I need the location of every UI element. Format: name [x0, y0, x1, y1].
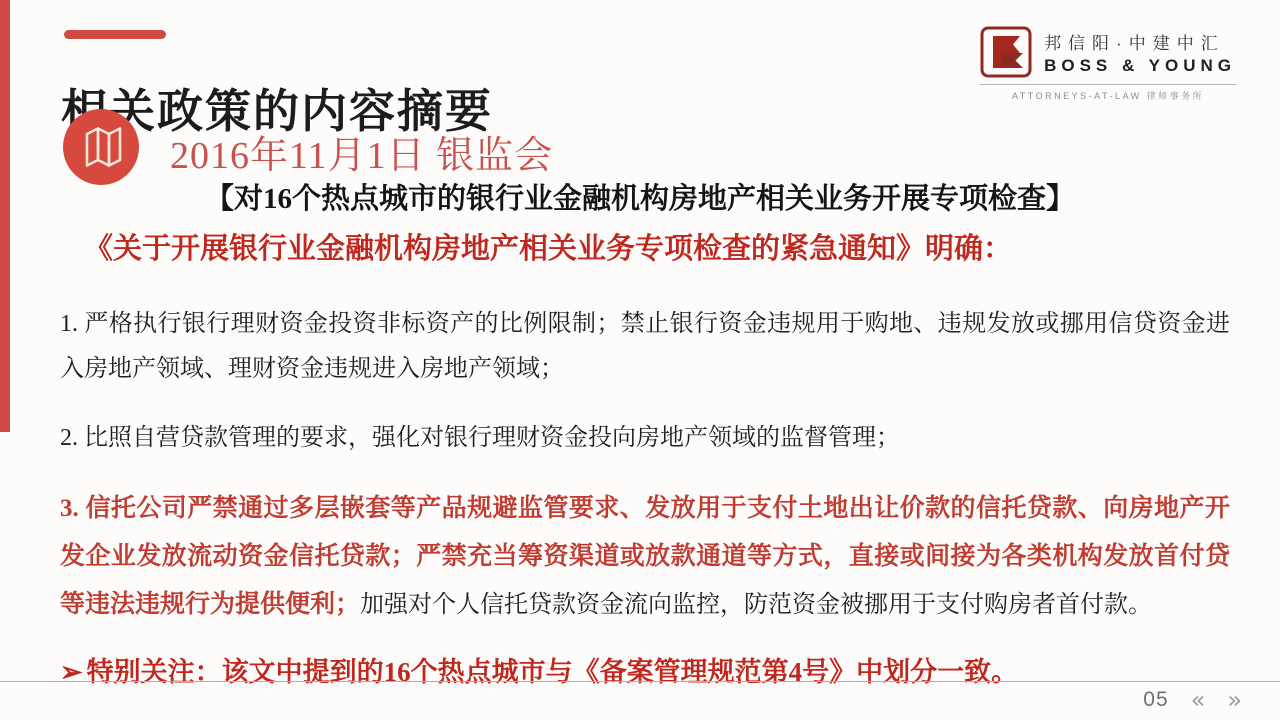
- prev-page-chevron-icon[interactable]: «: [1191, 689, 1206, 711]
- policy-item-2: 2. 比照自营贷款管理的要求，强化对银行理财资金投向房地产领域的监督管理；: [60, 416, 1230, 461]
- logo-tagline: ATTORNEYS-AT-LAW 律师事务所: [1012, 89, 1204, 102]
- logo-chinese-name: 邦信阳·中建中汇: [1044, 29, 1236, 54]
- logo-english-name: BOSS & YOUNG: [1044, 56, 1236, 76]
- special-attention-text: 特别关注：该文中提到的16个热点城市与《备案管理规范第4号》中划分一致。: [87, 657, 1019, 687]
- policy-summary-body: 1. 严格执行银行理财资金投资非标资产的比例限制；禁止银行资金违规用于购地、违规…: [60, 278, 1230, 717]
- boss-young-monogram-icon: [980, 26, 1032, 78]
- footer-divider-line: [0, 681, 1280, 682]
- map-icon: [62, 108, 140, 186]
- title-accent-bar: [64, 30, 166, 39]
- policy-item-1: 1. 严格执行银行理财资金投资非标资产的比例限制；禁止银行资金违规用于购地、违规…: [60, 302, 1230, 392]
- slide: 相关政策的内容摘要 邦信阳·中建中汇 BOSS & YOUNG ATTORNEY…: [0, 0, 1280, 720]
- next-page-chevron-icon[interactable]: »: [1227, 689, 1242, 711]
- left-edge-accent-bar: [0, 0, 10, 432]
- policy-item-3-black-text: 加强对个人信托贷款资金流向监控，防范资金被挪用于支付购房者首付款。: [360, 592, 1152, 618]
- policy-item-3: 3. 信托公司严禁通过多层嵌套等产品规避监管要求、发放用于支付土地出让价款的信托…: [60, 485, 1230, 629]
- page-number: 05: [1143, 688, 1168, 712]
- firm-logo: 邦信阳·中建中汇 BOSS & YOUNG ATTORNEYS-AT-LAW 律…: [980, 26, 1236, 102]
- arrow-right-icon: ➢: [60, 657, 83, 687]
- date-heading: 2016年11月1日 银监会: [170, 124, 553, 179]
- notice-title-heading: 《关于开展银行业金融机构房地产相关业务专项检查的紧急通知》明确：: [84, 226, 1012, 267]
- special-attention-note: ➢特别关注：该文中提到的16个热点城市与《备案管理规范第4号》中划分一致。: [60, 654, 1230, 690]
- inspection-heading: 【对16个热点城市的银行业金融机构房地产相关业务开展专项检查】: [60, 176, 1220, 217]
- logo-divider: [980, 84, 1236, 85]
- footer: 05 « »: [1143, 688, 1242, 712]
